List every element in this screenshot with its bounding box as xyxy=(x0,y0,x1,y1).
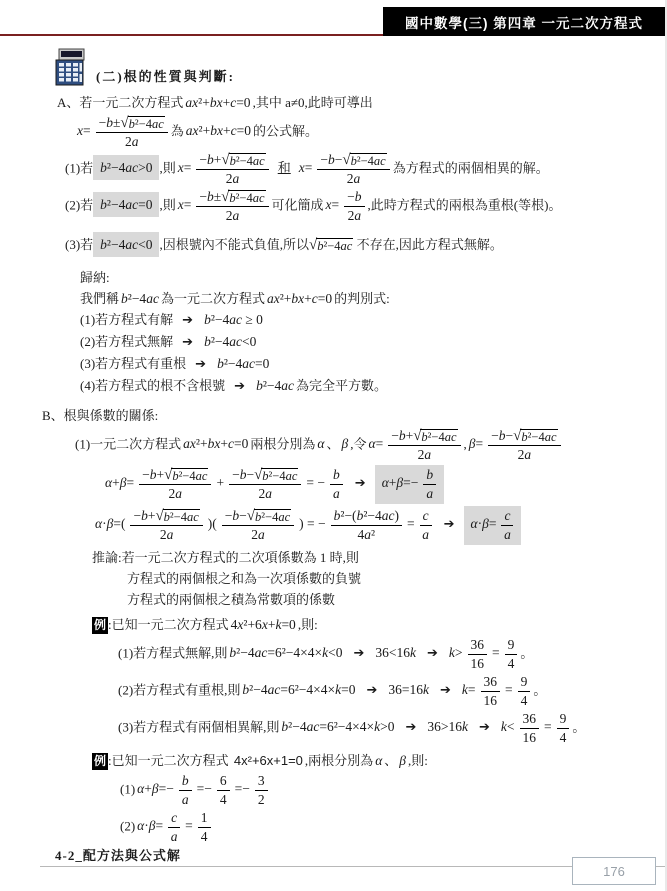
summary-intro: 我們稱b²−4ac為一元二次方程式ax²+bx+c=0的判別式: xyxy=(80,288,660,309)
sqrt-radical: √b²−4ac xyxy=(120,116,164,131)
section-title-row: (二)根的性質與判斷: xyxy=(55,46,660,86)
math-text: 4 xyxy=(201,829,208,844)
chapter-header: 國中數學(三) 第四章 一元二次方程式 xyxy=(383,7,665,36)
math-text: ax²+bx+c=0 xyxy=(267,291,332,306)
example-2-item-2: (2)α·β=ca=14 xyxy=(120,810,660,845)
numerator: 9 xyxy=(518,674,531,692)
roots-definition-line: (1)一元二次方程式ax²+bx+c=0兩根分別為α、β,令α=−b+√b²−4… xyxy=(75,428,660,463)
text: 、 xyxy=(384,753,397,768)
math-text: )( xyxy=(208,516,217,531)
text: (1) xyxy=(120,781,135,796)
text: ,則: xyxy=(408,753,428,768)
sans-math-text: 4x²+6x+1=0 xyxy=(234,753,303,768)
denominator: 16 xyxy=(520,729,540,746)
math-text: x= xyxy=(299,160,313,175)
math-text: b²−4ac<0 xyxy=(100,237,152,252)
text: 方程式的兩個根之和為一次項係數的負號 xyxy=(127,571,361,586)
math-text: 16 xyxy=(523,730,537,745)
numerator: −b+√b²−4ac xyxy=(130,508,202,526)
calculator-icon xyxy=(55,48,86,86)
summary-rule-2: (2)若方程式無解➔b²−4ac<0 xyxy=(80,331,660,353)
math-text: 2a xyxy=(160,527,174,542)
page-number-box: 176 xyxy=(572,857,656,885)
text: ,則 xyxy=(159,160,175,175)
math-text: β= xyxy=(469,436,483,451)
numerator: −b xyxy=(344,189,364,207)
math-text: 2a xyxy=(169,486,183,501)
math-text: 4x²+6x+k=0 xyxy=(231,617,296,632)
math-text: b²−4ac=6²−4×4×k=0 xyxy=(242,682,355,697)
denominator: 4 xyxy=(557,729,570,746)
math-text: 36 xyxy=(471,637,485,652)
fraction: −b+√b²−4ac2a xyxy=(388,428,460,463)
math-text: x= xyxy=(326,197,340,212)
math-text: α+β=− xyxy=(382,475,419,490)
text: (2)若 xyxy=(65,197,93,212)
math-text: 2a xyxy=(348,208,362,223)
denominator: 2a xyxy=(196,207,268,224)
radicand: b²−4ac xyxy=(350,153,387,168)
text: (3)若 xyxy=(65,237,93,252)
fraction: 3616 xyxy=(468,637,488,672)
highlight: b²−4ac<0 xyxy=(93,232,159,257)
math-text: =− xyxy=(197,781,212,796)
text: ,其中 a≠0,此時可導出 xyxy=(253,95,373,110)
footer-section-label: 4-2_配方法與公式解 xyxy=(55,845,181,864)
section-title: (二)根的性質與判斷: xyxy=(96,66,235,86)
math-text: ax²+bx+c=0 xyxy=(186,123,251,138)
fraction: 3616 xyxy=(481,674,501,709)
math-text: 2a xyxy=(251,527,265,542)
math-text: = xyxy=(185,818,193,833)
denominator: a xyxy=(423,485,436,502)
math-text: 36=16k xyxy=(388,682,429,697)
numerator: −b−√b²−4ac xyxy=(222,508,294,526)
fraction: −b−√b²−4ac2a xyxy=(222,508,294,543)
denominator: 2a xyxy=(488,446,560,463)
math-text: b²−4ac=6²−4×4×k<0 xyxy=(229,645,342,660)
arrow-icon: ➔ xyxy=(182,313,193,328)
example-1-statement: 例:已知一元二次方程式4x²+6x+k=0,則: xyxy=(92,614,660,635)
math-text: 3 xyxy=(258,773,265,788)
arrow-icon: ➔ xyxy=(427,646,438,661)
fraction: −b+√b²−4ac2a xyxy=(130,508,202,543)
math-text: α xyxy=(317,436,324,451)
math-text: b²−4ac=6²−4×4×k>0 xyxy=(281,719,394,734)
summary-rule-4: (4)若方程式的根不含根號➔b²−4ac為完全平方數。 xyxy=(80,375,660,397)
text: 的公式解。 xyxy=(253,123,318,138)
text: B、根與係數的關係: xyxy=(42,408,158,423)
text: 推論:若一元二次方程式的二次項係數為 1 時,則 xyxy=(92,550,359,565)
numerator: 9 xyxy=(505,637,518,655)
example-1-item-1: (1)若方程式無解,則b²−4ac=6²−4×4×k<0➔36<16k➔k>36… xyxy=(118,637,660,672)
fraction: 94 xyxy=(518,674,531,709)
fraction: −b−√b²−4ac2a xyxy=(229,467,301,502)
text: 兩根分別為 xyxy=(250,436,315,451)
numerator: b²−(b²−4ac) xyxy=(331,508,402,526)
sqrt-radical: √b²−4ac xyxy=(247,509,291,524)
math-text: 36 xyxy=(484,674,498,689)
math-text: k> xyxy=(449,645,463,660)
math-text: ax²+bx+c=0 xyxy=(183,436,248,451)
text: ,則: xyxy=(298,617,318,632)
denominator: 4 xyxy=(198,828,211,845)
fraction: −b±√b²−4ac2a xyxy=(96,115,168,150)
math-text: −b− xyxy=(320,152,342,167)
example-1-item-3: (3)若方程式有兩個相異解,則b²−4ac=6²−4×4×k>0➔36>16k➔… xyxy=(118,711,660,746)
math-text: β xyxy=(399,753,406,768)
text: ,則 xyxy=(159,197,175,212)
denominator: a xyxy=(179,791,192,808)
math-text: a xyxy=(182,792,189,807)
fraction: 94 xyxy=(557,711,570,746)
math-text: 36 xyxy=(523,711,537,726)
numerator: 6 xyxy=(217,773,230,791)
math-text: α·β= xyxy=(137,818,163,833)
denominator: 2a xyxy=(388,446,460,463)
numerator: −b+√b²−4ac xyxy=(139,467,211,485)
math-text: 36<16k xyxy=(375,645,416,660)
math-text: β xyxy=(341,436,348,451)
arrow-icon: ➔ xyxy=(195,357,206,372)
denominator: 4a² xyxy=(331,526,402,543)
math-text: x= xyxy=(178,197,192,212)
math-text: = xyxy=(544,719,552,734)
math-text: α·β= xyxy=(471,516,497,531)
math-text: a xyxy=(333,486,340,501)
radicand: b²−4ac xyxy=(228,190,265,205)
text: 歸納: xyxy=(80,270,110,285)
sqrt-radical: √b²−4ac xyxy=(309,238,353,253)
text: (3)若方程式有重根 xyxy=(80,356,186,371)
text: 不存在,因此方程式無解。 xyxy=(353,237,503,252)
numerator: 36 xyxy=(481,674,501,692)
radicand: b²−4ac xyxy=(316,238,353,253)
numerator: 9 xyxy=(557,711,570,729)
numerator: 36 xyxy=(520,711,540,729)
text: 為完全平方數。 xyxy=(296,378,387,393)
arrow-icon: ➔ xyxy=(355,476,366,491)
numerator: −b+√b²−4ac xyxy=(196,152,268,170)
denominator: 4 xyxy=(518,692,531,709)
numerator: 36 xyxy=(468,637,488,655)
text: 為一元二次方程式 xyxy=(161,291,265,306)
text: ,因根號內不能式負值,所以 xyxy=(159,237,309,252)
inference-line-3: 方程式的兩個根之積為常數項的係數 xyxy=(127,589,660,610)
math-text: α+β= xyxy=(105,475,134,490)
text: (2)若方程式無解 xyxy=(80,334,173,349)
math-text: 4a² xyxy=(358,527,376,542)
denominator: 2a xyxy=(96,133,168,150)
math-text: b²−4ac ≥ 0 xyxy=(204,312,263,327)
denominator: 2 xyxy=(255,791,268,808)
sum-of-roots-line: α+β=−b+√b²−4ac2a+−b−√b²−4ac2a= −ba➔α+β=−… xyxy=(103,465,660,504)
math-text: b²−4ac=0 xyxy=(100,197,152,212)
arrow-icon: ➔ xyxy=(405,720,416,735)
math-text: =− xyxy=(235,781,250,796)
denominator: a xyxy=(168,828,180,845)
example-1-item-2: (2)若方程式有重根,則b²−4ac=6²−4×4×k=0➔36=16k➔k=3… xyxy=(118,674,660,709)
text: ,令 xyxy=(350,436,366,451)
math-text: −b+ xyxy=(199,152,221,167)
numerator: −b±√b²−4ac xyxy=(196,189,268,207)
math-text: 2a xyxy=(226,171,240,186)
intro-line: A、若一元二次方程式ax²+bx+c=0,其中 a≠0,此時可導出 xyxy=(57,92,660,113)
text: ,此時方程式的兩根為重根(等根)。 xyxy=(368,197,562,212)
arrow-icon: ➔ xyxy=(444,517,455,532)
denominator: 4 xyxy=(217,791,230,808)
case-zero-discriminant: (2)若b²−4ac=0,則x=−b±√b²−4ac2a可化簡成x=−b2a,此… xyxy=(65,189,660,224)
math-text: 9 xyxy=(508,637,515,652)
math-text: −b− xyxy=(232,467,254,482)
text: (二)根的性質與判斷: xyxy=(96,69,235,84)
text: 。 xyxy=(520,645,533,660)
text: (4)若方程式的根不含根號 xyxy=(80,378,225,393)
numerator: −b−√b²−4ac xyxy=(317,152,389,170)
case-positive-discriminant: (1)若b²−4ac>0,則x=−b+√b²−4ac2a和x=−b−√b²−4a… xyxy=(65,152,660,187)
text: A、若一元二次方程式 xyxy=(57,95,183,110)
math-text: b²−4ac<0 xyxy=(204,334,256,349)
math-text: −b± xyxy=(99,115,121,130)
math-text: k< xyxy=(501,719,515,734)
text: (1)若方程式無解,則 xyxy=(118,645,227,660)
text: :已知一元二次方程式 xyxy=(108,753,232,768)
radicand: b²−4ac xyxy=(163,509,200,524)
math-text: a xyxy=(422,527,429,542)
arrow-icon: ➔ xyxy=(234,379,245,394)
math-text: α+β=− xyxy=(137,781,174,796)
denominator: 16 xyxy=(481,692,501,709)
summary-label: 歸納: xyxy=(80,267,660,288)
math-text: b xyxy=(426,467,433,482)
math-text: −b+ xyxy=(391,428,413,443)
denominator: a xyxy=(501,526,513,543)
numerator: c xyxy=(501,508,513,526)
textbook-page: 國中數學(三) 第四章 一元二次方程式 (二)根的性質與判斷: A、若一元二次方… xyxy=(0,0,667,891)
denominator: 16 xyxy=(468,655,488,672)
radicand: b²−4ac xyxy=(520,429,557,444)
math-text: a xyxy=(504,527,511,542)
page-content: (二)根的性質與判斷: A、若一元二次方程式ax²+bx+c=0,其中 a≠0,… xyxy=(40,46,660,847)
math-text: x= xyxy=(77,123,91,138)
page-number: 176 xyxy=(603,864,625,879)
numerator: −b−√b²−4ac xyxy=(229,467,301,485)
denominator: a xyxy=(330,485,343,502)
example-badge: 例 xyxy=(92,753,108,770)
math-text: a xyxy=(426,486,433,501)
highlight: α·β=ca xyxy=(464,506,522,545)
math-text: 2a xyxy=(258,486,272,501)
text: (2) xyxy=(120,818,135,833)
radicand: b²−4ac xyxy=(171,468,208,483)
radicand: b²−4ac xyxy=(420,429,457,444)
math-text: −b− xyxy=(225,508,247,523)
sqrt-radical: √b²−4ac xyxy=(155,509,199,524)
denominator: 2a xyxy=(139,485,211,502)
summary-rule-3: (3)若方程式有重根➔b²−4ac=0 xyxy=(80,353,660,375)
fraction: ba xyxy=(330,467,343,502)
numerator: c xyxy=(168,810,180,828)
summary-rule-1: (1)若方程式有解➔b²−4ac ≥ 0 xyxy=(80,309,660,331)
math-text: 36>16k xyxy=(427,719,468,734)
highlight: α+β=−ba xyxy=(375,465,444,504)
math-text: −b± xyxy=(199,189,221,204)
section-b-heading: B、根與係數的關係: xyxy=(42,405,660,426)
numerator: −b+√b²−4ac xyxy=(388,428,460,446)
math-text: 9 xyxy=(560,711,567,726)
product-of-roots-line: α·β=(−b+√b²−4ac2a)(−b−√b²−4ac2a) = −b²−(… xyxy=(93,506,660,545)
denominator: 2a xyxy=(222,526,294,543)
inference-line-2: 方程式的兩個根之和為一次項係數的負號 xyxy=(127,568,660,589)
text: (1)若方程式有解 xyxy=(80,312,173,327)
text: 的判別式: xyxy=(334,291,390,306)
text: 我們稱 xyxy=(80,291,119,306)
inference-line-1: 推論:若一元二次方程式的二次項係數為 1 時,則 xyxy=(92,547,660,568)
denominator: 2a xyxy=(317,170,389,187)
math-text: 2a xyxy=(347,171,361,186)
arrow-icon: ➔ xyxy=(440,683,451,698)
math-text: c xyxy=(171,810,177,825)
text: (2)若方程式有重根,則 xyxy=(118,682,240,697)
arrow-icon: ➔ xyxy=(479,720,490,735)
arrow-icon: ➔ xyxy=(366,683,377,698)
numerator: 1 xyxy=(198,810,211,828)
math-text: 2a xyxy=(226,208,240,223)
example-2-item-1: (1)α+β=−ba=−64=−32 xyxy=(120,773,660,808)
math-text: b²−4ac>0 xyxy=(100,160,152,175)
math-text: ) = − xyxy=(299,516,325,531)
text: ,兩根分別為 xyxy=(305,753,373,768)
radicand: b²−4ac xyxy=(254,509,291,524)
highlight: b²−4ac>0 xyxy=(93,155,159,180)
math-text: = xyxy=(407,516,415,531)
math-text: −b+ xyxy=(142,467,164,482)
chapter-title: 國中數學(三) 第四章 一元二次方程式 xyxy=(405,12,643,32)
math-text: −b+ xyxy=(133,508,155,523)
denominator: a xyxy=(420,526,432,543)
text: 、 xyxy=(326,436,339,451)
math-text: −b xyxy=(347,189,361,204)
fraction: 32 xyxy=(255,773,268,808)
math-text: b xyxy=(182,773,189,788)
fraction: −b−√b²−4ac2a xyxy=(488,428,560,463)
math-text: 9 xyxy=(521,674,528,689)
fraction: −b±√b²−4ac2a xyxy=(196,189,268,224)
example-badge: 例 xyxy=(92,617,108,634)
fraction: 3616 xyxy=(520,711,540,746)
math-text: 6 xyxy=(220,773,227,788)
numerator: −b±√b²−4ac xyxy=(96,115,168,133)
fraction: 14 xyxy=(198,810,211,845)
text: 為 xyxy=(171,123,184,138)
arrow-icon: ➔ xyxy=(353,646,364,661)
math-text: + xyxy=(216,475,224,490)
math-text: 2a xyxy=(518,447,532,462)
text: 方程式的兩個根之積為常數項的係數 xyxy=(127,592,335,607)
math-text: α= xyxy=(368,436,383,451)
fraction: −b2a xyxy=(344,189,364,224)
fraction: −b+√b²−4ac2a xyxy=(139,467,211,502)
math-text: α·β=( xyxy=(95,516,125,531)
text: 可化簡成 xyxy=(272,197,324,212)
fraction: −b+√b²−4ac2a xyxy=(196,152,268,187)
math-text: b²−4ac xyxy=(256,378,294,393)
sqrt-radical: √b²−4ac xyxy=(413,429,457,444)
sqrt-radical: √b²−4ac xyxy=(254,468,298,483)
denominator: 2a xyxy=(344,207,364,224)
math-text: 16 xyxy=(484,693,498,708)
math-text: c xyxy=(423,508,429,523)
case-negative-discriminant: (3)若b²−4ac<0,因根號內不能式負值,所以√b²−4ac 不存在,因此方… xyxy=(65,232,660,257)
math-text: 16 xyxy=(471,656,485,671)
example-2-statement: 例:已知一元二次方程式 4x²+6x+1=0,兩根分別為α、β,則: xyxy=(92,750,660,771)
text: , xyxy=(464,436,467,451)
fraction: ca xyxy=(168,810,180,845)
math-text: 2a xyxy=(125,134,139,149)
radicand: b²−4ac xyxy=(261,468,298,483)
fraction: 64 xyxy=(217,773,230,808)
numerator: b xyxy=(423,467,436,485)
math-text: 4 xyxy=(521,693,528,708)
numerator: 3 xyxy=(255,773,268,791)
fraction: b²−(b²−4ac)4a² xyxy=(331,508,402,543)
fraction: ba xyxy=(423,467,436,502)
denominator: 2a xyxy=(196,170,268,187)
numerator: −b−√b²−4ac xyxy=(488,428,560,446)
numerator: b xyxy=(330,467,343,485)
math-text: = − xyxy=(306,475,325,490)
text: (1)一元二次方程式 xyxy=(75,436,181,451)
arrow-icon: ➔ xyxy=(182,335,193,350)
sqrt-radical: √b²−4ac xyxy=(342,153,386,168)
fraction: ca xyxy=(501,508,513,543)
sqrt-radical: √b²−4ac xyxy=(164,468,208,483)
math-text: 4 xyxy=(560,730,567,745)
text: (1)若 xyxy=(65,160,93,175)
fraction: ba xyxy=(179,773,192,808)
math-text: 2a xyxy=(418,447,432,462)
denominator: 2a xyxy=(130,526,202,543)
math-text: α xyxy=(375,753,382,768)
radicand: b²−4ac xyxy=(128,116,165,131)
sqrt-radical: √b²−4ac xyxy=(221,190,265,205)
radicand: b²−4ac xyxy=(229,153,266,168)
sqrt-radical: √b²−4ac xyxy=(221,153,265,168)
numerator: b xyxy=(179,773,192,791)
math-text: = xyxy=(505,682,513,697)
text: 為方程式的兩個相異的解。 xyxy=(393,160,549,175)
fraction: ca xyxy=(420,508,432,543)
text: 。 xyxy=(533,682,546,697)
math-text: x= xyxy=(178,160,192,175)
text: 。 xyxy=(572,719,585,734)
numerator: c xyxy=(420,508,432,526)
math-text: k= xyxy=(462,682,476,697)
math-text: 2 xyxy=(258,792,265,807)
math-text: −b− xyxy=(491,428,513,443)
math-text: a xyxy=(171,829,178,844)
fraction: −b−√b²−4ac2a xyxy=(317,152,389,187)
math-text: 4 xyxy=(220,792,227,807)
underlined-text: 和 xyxy=(278,160,291,175)
math-text: = xyxy=(492,645,500,660)
math-text: b xyxy=(333,467,340,482)
denominator: 2a xyxy=(229,485,301,502)
math-text: b²−4ac=0 xyxy=(217,356,269,371)
fraction: 94 xyxy=(505,637,518,672)
quadratic-formula-line: x=−b±√b²−4ac2a為ax²+bx+c=0的公式解。 xyxy=(75,115,660,150)
math-text: 1 xyxy=(201,810,208,825)
